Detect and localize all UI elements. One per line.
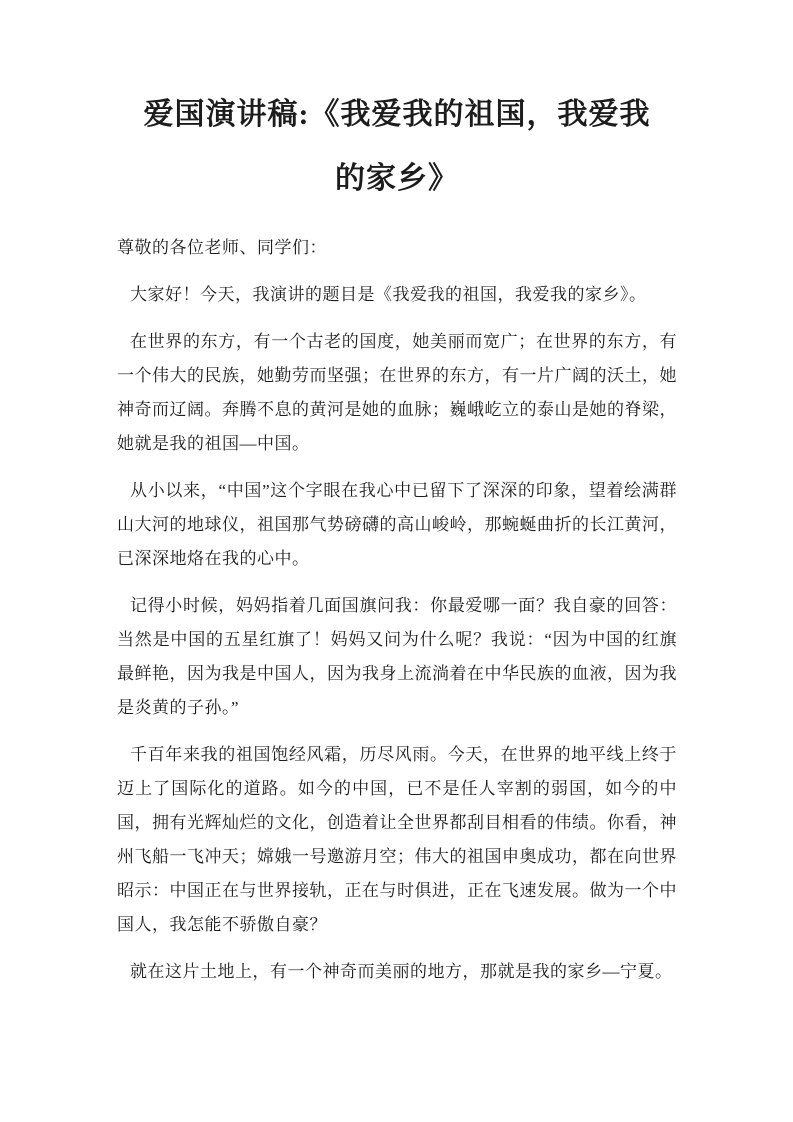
title-line-1: 爱国演讲稿:《我爱我的祖国，我爱我: [117, 83, 677, 147]
paragraph: 记得小时候，妈妈指着几面国旗问我：你最爱哪一面？我自豪的回答：当然是中国的五星红…: [117, 589, 677, 725]
paragraph: 千百年来我的祖国饱经风霜，历尽风雨。今天，在世界的地平线上终于迈上了国际化的道路…: [117, 738, 677, 942]
title-line-2: 的家乡》: [117, 147, 677, 211]
paragraph: 在世界的东方，有一个古老的国度，她美丽而宽广；在世界的东方，有一个伟大的民族，她…: [117, 325, 677, 461]
closing-paragraph: 就在这片土地上，有一个神奇而美丽的地方，那就是我的家乡—宁夏。: [117, 955, 677, 989]
greeting-paragraph: 尊敬的各位老师、同学们：: [117, 231, 677, 265]
document-page: 爱国演讲稿:《我爱我的祖国，我爱我 的家乡》 尊敬的各位老师、同学们： 大家好！…: [0, 0, 793, 1122]
document-body: 尊敬的各位老师、同学们： 大家好！今天，我演讲的题目是《我爱我的祖国，我爱我的家…: [117, 231, 677, 989]
intro-paragraph: 大家好！今天，我演讲的题目是《我爱我的祖国，我爱我的家乡》。: [117, 278, 677, 312]
document-title: 爱国演讲稿:《我爱我的祖国，我爱我 的家乡》: [117, 83, 677, 211]
paragraph: 从小以来，“中国”这个字眼在我心中已留下了深深的印象，望着绘满群山大河的地球仪，…: [117, 474, 677, 576]
